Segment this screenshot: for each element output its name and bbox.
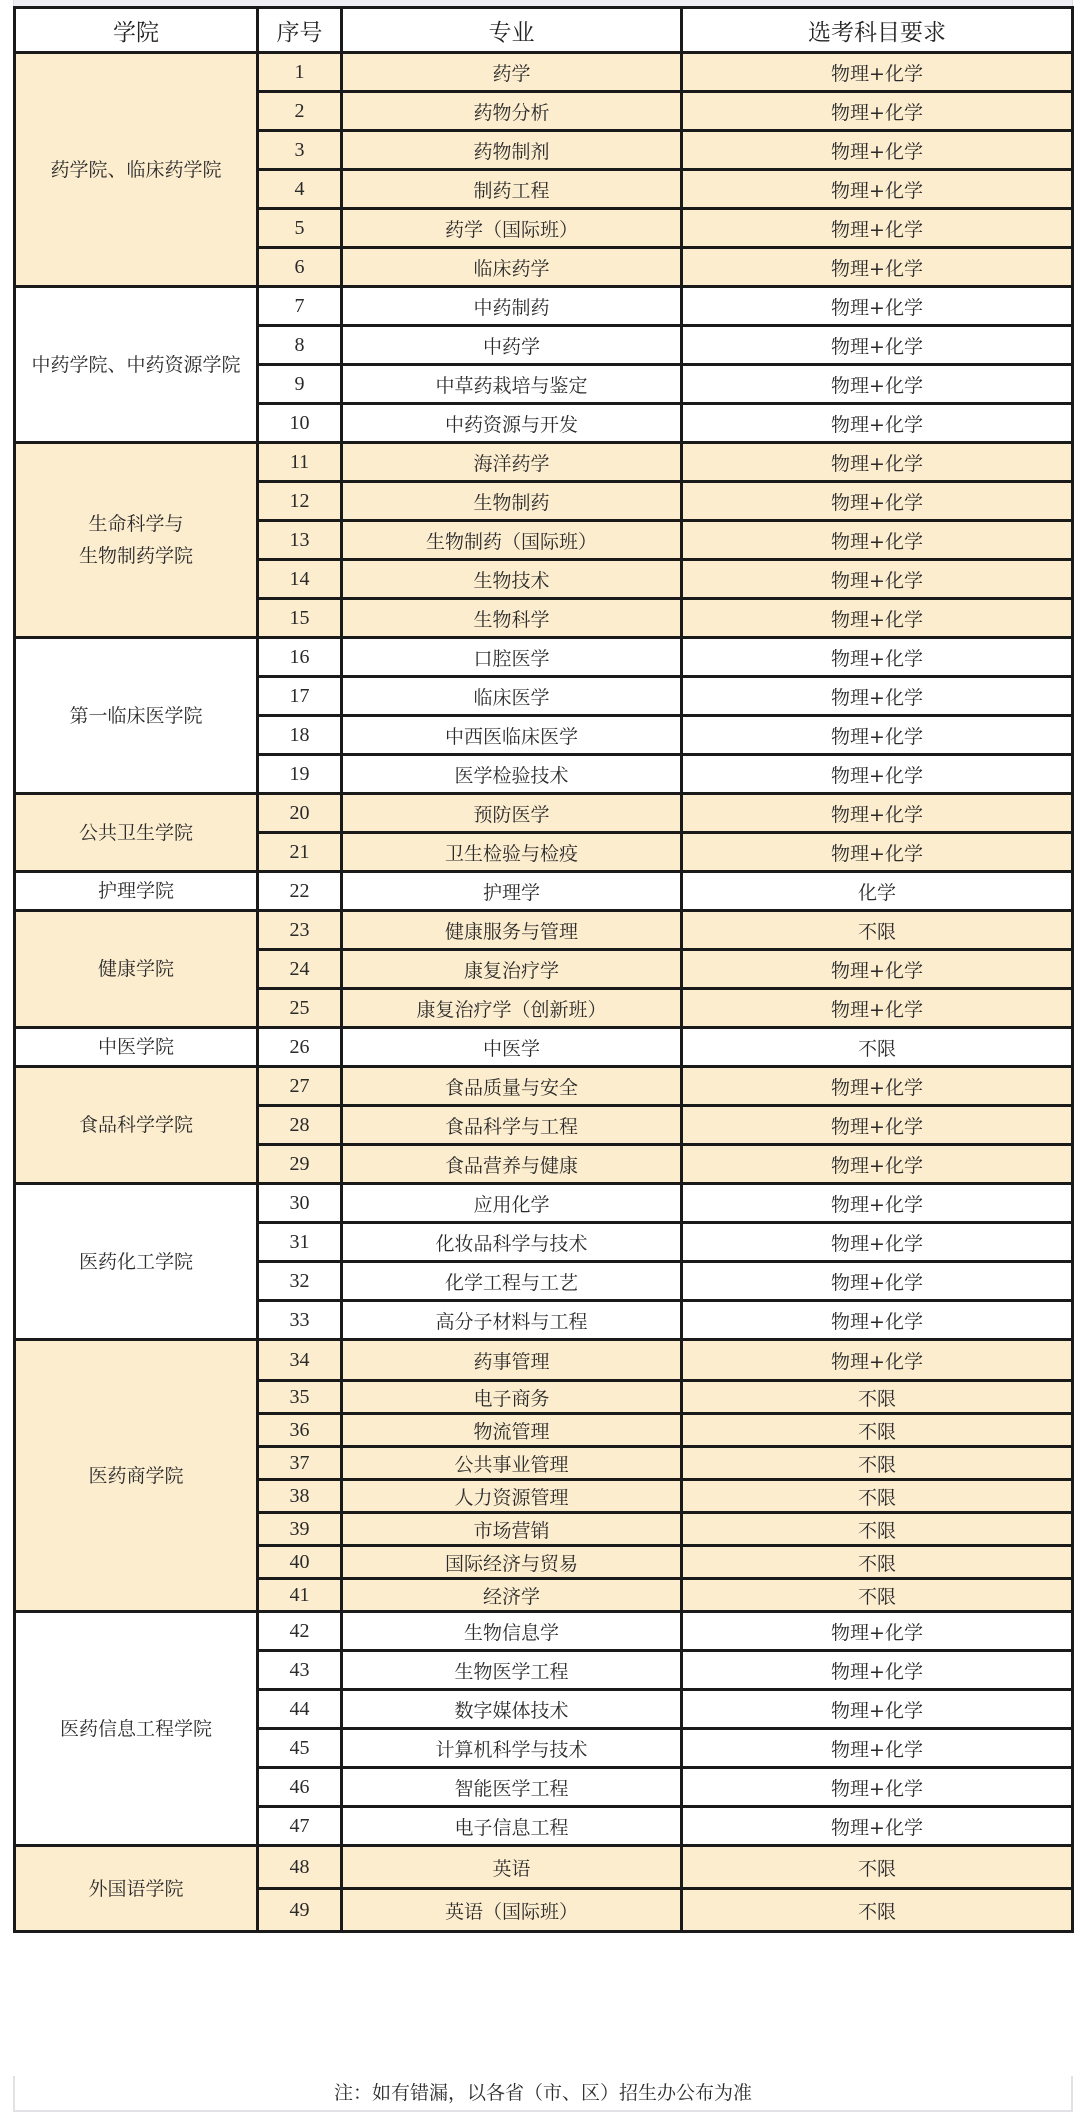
major-cell: 医学检验技术	[342, 755, 682, 794]
requirement-cell: 物理+化学	[682, 326, 1073, 365]
requirement-cell: 物理+化学	[682, 560, 1073, 599]
number-cell: 48	[258, 1846, 342, 1889]
number-cell: 21	[258, 833, 342, 872]
college-cell: 第一临床医学院	[15, 638, 258, 794]
requirement-cell: 物理+化学	[682, 92, 1073, 131]
major-cell: 预防医学	[342, 794, 682, 833]
requirement-cell: 物理+化学	[682, 53, 1073, 92]
table-row: 健康学院23健康服务与管理不限	[15, 911, 1073, 950]
major-cell: 中药资源与开发	[342, 404, 682, 443]
major-cell: 制药工程	[342, 170, 682, 209]
major-cell: 药学（国际班）	[342, 209, 682, 248]
requirement-cell: 不限	[682, 1546, 1073, 1579]
number-cell: 45	[258, 1729, 342, 1768]
requirement-cell: 物理+化学	[682, 755, 1073, 794]
college-cell: 药学院、临床药学院	[15, 53, 258, 287]
major-cell: 中药制药	[342, 287, 682, 326]
requirement-cell: 物理+化学	[682, 365, 1073, 404]
requirement-cell: 物理+化学	[682, 1340, 1073, 1381]
number-cell: 40	[258, 1546, 342, 1579]
requirement-cell: 化学	[682, 872, 1073, 911]
major-cell: 药物制剂	[342, 131, 682, 170]
requirement-cell: 物理+化学	[682, 1729, 1073, 1768]
requirement-cell: 不限	[682, 1480, 1073, 1513]
requirement-cell: 物理+化学	[682, 1067, 1073, 1106]
table-row: 公共卫生学院20预防医学物理+化学	[15, 794, 1073, 833]
requirement-cell: 不限	[682, 911, 1073, 950]
college-cell: 中医学院	[15, 1028, 258, 1067]
requirement-cell: 不限	[682, 1889, 1073, 1932]
major-cell: 食品营养与健康	[342, 1145, 682, 1184]
major-cell: 电子信息工程	[342, 1807, 682, 1846]
major-cell: 生物科学	[342, 599, 682, 638]
requirement-cell: 物理+化学	[682, 443, 1073, 482]
requirement-cell: 物理+化学	[682, 404, 1073, 443]
requirement-cell: 物理+化学	[682, 248, 1073, 287]
requirement-cell: 不限	[682, 1028, 1073, 1067]
number-cell: 3	[258, 131, 342, 170]
number-cell: 18	[258, 716, 342, 755]
major-cell: 公共事业管理	[342, 1447, 682, 1480]
college-cell: 中药学院、中药资源学院	[15, 287, 258, 443]
major-cell: 中草药栽培与鉴定	[342, 365, 682, 404]
major-cell: 生物信息学	[342, 1612, 682, 1651]
college-name-line: 生命科学与	[16, 508, 256, 540]
number-cell: 15	[258, 599, 342, 638]
major-cell: 物流管理	[342, 1414, 682, 1447]
requirement-cell: 物理+化学	[682, 950, 1073, 989]
header-major: 专业	[342, 8, 682, 53]
table-row: 医药信息工程学院42生物信息学物理+化学	[15, 1612, 1073, 1651]
number-cell: 10	[258, 404, 342, 443]
major-cell: 药事管理	[342, 1340, 682, 1381]
major-cell: 食品质量与安全	[342, 1067, 682, 1106]
number-cell: 4	[258, 170, 342, 209]
number-cell: 37	[258, 1447, 342, 1480]
requirement-cell: 物理+化学	[682, 1145, 1073, 1184]
major-cell: 英语（国际班）	[342, 1889, 682, 1932]
major-cell: 市场营销	[342, 1513, 682, 1546]
majors-body: 药学院、临床药学院1药学物理+化学2药物分析物理+化学3药物制剂物理+化学4制药…	[15, 53, 1073, 1932]
requirement-cell: 物理+化学	[682, 1690, 1073, 1729]
major-cell: 生物医学工程	[342, 1651, 682, 1690]
number-cell: 2	[258, 92, 342, 131]
table-row: 药学院、临床药学院1药学物理+化学	[15, 53, 1073, 92]
requirement-cell: 物理+化学	[682, 287, 1073, 326]
number-cell: 33	[258, 1301, 342, 1340]
college-cell: 医药化工学院	[15, 1184, 258, 1340]
major-cell: 临床医学	[342, 677, 682, 716]
number-cell: 28	[258, 1106, 342, 1145]
major-cell: 中医学	[342, 1028, 682, 1067]
major-cell: 化妆品科学与技术	[342, 1223, 682, 1262]
table-row: 中药学院、中药资源学院7中药制药物理+化学	[15, 287, 1073, 326]
number-cell: 26	[258, 1028, 342, 1067]
number-cell: 17	[258, 677, 342, 716]
major-cell: 数字媒体技术	[342, 1690, 682, 1729]
number-cell: 43	[258, 1651, 342, 1690]
requirement-cell: 物理+化学	[682, 1106, 1073, 1145]
number-cell: 30	[258, 1184, 342, 1223]
number-cell: 34	[258, 1340, 342, 1381]
majors-sheet: 学院 序号 专业 选考科目要求 药学院、临床药学院1药学物理+化学2药物分析物理…	[13, 6, 1071, 1933]
requirement-cell: 不限	[682, 1846, 1073, 1889]
number-cell: 20	[258, 794, 342, 833]
major-cell: 海洋药学	[342, 443, 682, 482]
requirement-cell: 物理+化学	[682, 1651, 1073, 1690]
college-cell: 外国语学院	[15, 1846, 258, 1932]
college-cell: 食品科学学院	[15, 1067, 258, 1184]
majors-table: 学院 序号 专业 选考科目要求 药学院、临床药学院1药学物理+化学2药物分析物理…	[13, 6, 1074, 1933]
requirement-cell: 物理+化学	[682, 170, 1073, 209]
table-row: 第一临床医学院16口腔医学物理+化学	[15, 638, 1073, 677]
number-cell: 39	[258, 1513, 342, 1546]
number-cell: 29	[258, 1145, 342, 1184]
requirement-cell: 物理+化学	[682, 794, 1073, 833]
major-cell: 高分子材料与工程	[342, 1301, 682, 1340]
college-name-line: 生物制药学院	[16, 540, 256, 572]
number-cell: 19	[258, 755, 342, 794]
number-cell: 1	[258, 53, 342, 92]
number-cell: 22	[258, 872, 342, 911]
number-cell: 5	[258, 209, 342, 248]
number-cell: 27	[258, 1067, 342, 1106]
number-cell: 38	[258, 1480, 342, 1513]
major-cell: 计算机科学与技术	[342, 1729, 682, 1768]
number-cell: 36	[258, 1414, 342, 1447]
number-cell: 41	[258, 1579, 342, 1612]
major-cell: 药物分析	[342, 92, 682, 131]
major-cell: 口腔医学	[342, 638, 682, 677]
number-cell: 25	[258, 989, 342, 1028]
requirement-cell: 物理+化学	[682, 716, 1073, 755]
requirement-cell: 物理+化学	[682, 677, 1073, 716]
major-cell: 生物技术	[342, 560, 682, 599]
number-cell: 35	[258, 1381, 342, 1414]
number-cell: 47	[258, 1807, 342, 1846]
requirement-cell: 物理+化学	[682, 209, 1073, 248]
header-college: 学院	[15, 8, 258, 53]
table-row: 外国语学院48英语不限	[15, 1846, 1073, 1889]
requirement-cell: 物理+化学	[682, 1768, 1073, 1807]
table-row: 医药化工学院30应用化学物理+化学	[15, 1184, 1073, 1223]
number-cell: 9	[258, 365, 342, 404]
requirement-cell: 物理+化学	[682, 482, 1073, 521]
number-cell: 14	[258, 560, 342, 599]
number-cell: 13	[258, 521, 342, 560]
table-row: 食品科学学院27食品质量与安全物理+化学	[15, 1067, 1073, 1106]
number-cell: 24	[258, 950, 342, 989]
major-cell: 药学	[342, 53, 682, 92]
requirement-cell: 物理+化学	[682, 1301, 1073, 1340]
requirement-cell: 物理+化学	[682, 1807, 1073, 1846]
table-row: 生命科学与生物制药学院11海洋药学物理+化学	[15, 443, 1073, 482]
major-cell: 国际经济与贸易	[342, 1546, 682, 1579]
major-cell: 康复治疗学（创新班）	[342, 989, 682, 1028]
major-cell: 护理学	[342, 872, 682, 911]
requirement-cell: 不限	[682, 1414, 1073, 1447]
requirement-cell: 物理+化学	[682, 989, 1073, 1028]
footer-note: 注：如有错漏，以各省（市、区）招生办公布为准	[13, 2076, 1073, 2112]
major-cell: 电子商务	[342, 1381, 682, 1414]
requirement-cell: 物理+化学	[682, 131, 1073, 170]
requirement-cell: 物理+化学	[682, 833, 1073, 872]
table-row: 医药商学院34药事管理物理+化学	[15, 1340, 1073, 1381]
table-row: 中医学院26中医学不限	[15, 1028, 1073, 1067]
major-cell: 中西医临床医学	[342, 716, 682, 755]
number-cell: 12	[258, 482, 342, 521]
major-cell: 化学工程与工艺	[342, 1262, 682, 1301]
college-cell: 生命科学与生物制药学院	[15, 443, 258, 638]
major-cell: 生物制药（国际班）	[342, 521, 682, 560]
college-cell: 公共卫生学院	[15, 794, 258, 872]
header-row: 学院 序号 专业 选考科目要求	[15, 8, 1073, 53]
number-cell: 16	[258, 638, 342, 677]
major-cell: 英语	[342, 1846, 682, 1889]
requirement-cell: 物理+化学	[682, 521, 1073, 560]
major-cell: 应用化学	[342, 1184, 682, 1223]
major-cell: 健康服务与管理	[342, 911, 682, 950]
number-cell: 23	[258, 911, 342, 950]
major-cell: 经济学	[342, 1579, 682, 1612]
requirement-cell: 物理+化学	[682, 1184, 1073, 1223]
requirement-cell: 物理+化学	[682, 1223, 1073, 1262]
major-cell: 康复治疗学	[342, 950, 682, 989]
number-cell: 42	[258, 1612, 342, 1651]
college-cell: 护理学院	[15, 872, 258, 911]
major-cell: 临床药学	[342, 248, 682, 287]
number-cell: 46	[258, 1768, 342, 1807]
major-cell: 卫生检验与检疫	[342, 833, 682, 872]
major-cell: 食品科学与工程	[342, 1106, 682, 1145]
major-cell: 智能医学工程	[342, 1768, 682, 1807]
college-cell: 医药信息工程学院	[15, 1612, 258, 1846]
number-cell: 44	[258, 1690, 342, 1729]
number-cell: 32	[258, 1262, 342, 1301]
requirement-cell: 物理+化学	[682, 638, 1073, 677]
table-row: 护理学院22护理学化学	[15, 872, 1073, 911]
number-cell: 11	[258, 443, 342, 482]
requirement-cell: 物理+化学	[682, 1612, 1073, 1651]
requirement-cell: 不限	[682, 1447, 1073, 1480]
requirement-cell: 不限	[682, 1381, 1073, 1414]
requirement-cell: 不限	[682, 1579, 1073, 1612]
requirement-cell: 不限	[682, 1513, 1073, 1546]
college-cell: 健康学院	[15, 911, 258, 1028]
number-cell: 8	[258, 326, 342, 365]
major-cell: 人力资源管理	[342, 1480, 682, 1513]
number-cell: 7	[258, 287, 342, 326]
number-cell: 31	[258, 1223, 342, 1262]
number-cell: 49	[258, 1889, 342, 1932]
number-cell: 6	[258, 248, 342, 287]
header-number: 序号	[258, 8, 342, 53]
major-cell: 中药学	[342, 326, 682, 365]
requirement-cell: 物理+化学	[682, 599, 1073, 638]
header-requirement: 选考科目要求	[682, 8, 1073, 53]
college-cell: 医药商学院	[15, 1340, 258, 1612]
requirement-cell: 物理+化学	[682, 1262, 1073, 1301]
major-cell: 生物制药	[342, 482, 682, 521]
